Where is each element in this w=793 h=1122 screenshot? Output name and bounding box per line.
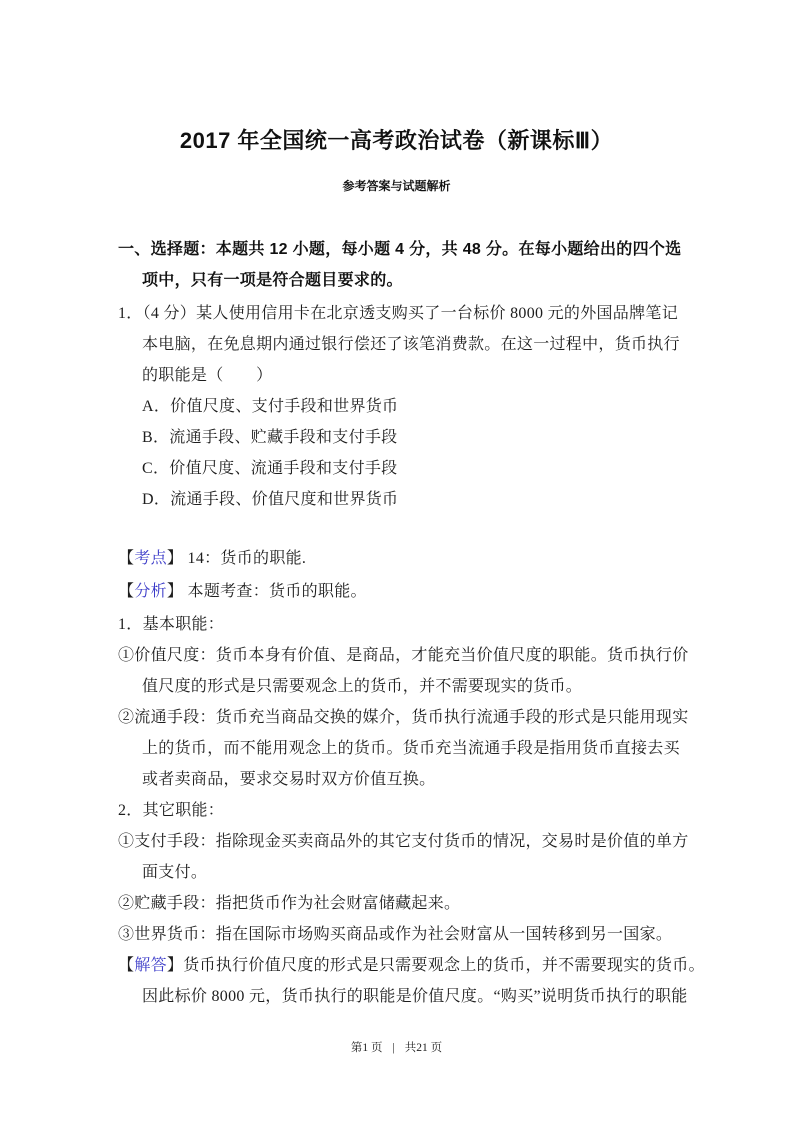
jieda-bracket-close: 】: [167, 957, 183, 974]
footer-total-pages: 共21 页: [405, 1042, 442, 1054]
document-page: 2017 年全国统一高考政治试卷（新课标Ⅲ） 参考答案与试题解析 一、选择题：本…: [0, 0, 793, 1122]
kaodian-bracket-close: 】: [167, 550, 183, 567]
page-title: 2017 年全国统一高考政治试卷（新课标Ⅲ）: [0, 0, 793, 156]
analysis-line: 面支付。: [118, 857, 703, 888]
fenxi-label: 分析: [134, 583, 167, 600]
kaodian-text: 14：货币的职能.: [183, 550, 306, 567]
analysis-line: ①价值尺度：货币本身有价值、是商品，才能充当价值尺度的职能。货币执行价: [118, 640, 703, 671]
fenxi-bracket-close: 】: [167, 583, 183, 600]
section-heading-line-2: 项中，只有一项是符合题目要求的。: [118, 265, 703, 296]
analysis-line: ③世界货币：指在国际市场购买商品或作为社会财富从一国转移到另一国家。: [118, 919, 703, 950]
option-d: D．流通手段、价值尺度和世界货币: [118, 484, 703, 515]
analysis-line: 1．基本职能：: [118, 609, 703, 640]
analysis-line: ①支付手段：指除现金买卖商品外的其它支付货币的情况，交易时是价值的单方: [118, 826, 703, 857]
analysis-line: ②贮藏手段：指把货币作为社会财富储藏起来。: [118, 888, 703, 919]
jieda-line-1: 【解答】货币执行价值尺度的形式是只需要观念上的货币，并不需要现实的货币。: [118, 950, 703, 981]
jieda-label: 解答: [134, 957, 167, 974]
analysis-line: 或者卖商品，要求交易时双方价值互换。: [118, 764, 703, 795]
kaodian-bracket-open: 【: [118, 550, 134, 567]
jieda-text: 货币执行价值尺度的形式是只需要观念上的货币，并不需要现实的货币。: [183, 957, 705, 974]
option-c: C．价值尺度、流通手段和支付手段: [118, 453, 703, 484]
fenxi-line: 【分析】 本题考查：货币的职能。: [118, 576, 703, 607]
footer-separator: |: [392, 1042, 394, 1054]
analysis-line: ②流通手段：货币充当商品交换的媒介，货币执行流通手段的形式是只能用现实: [118, 702, 703, 733]
question-1-line-1: 1．（4 分）某人使用信用卡在北京透支购买了一台标价 8000 元的外国品牌笔记: [118, 298, 703, 329]
option-a: A．价值尺度、支付手段和世界货币: [118, 391, 703, 422]
page-footer: 第1 页|共21 页: [0, 1040, 793, 1056]
kaodian-line: 【考点】 14：货币的职能.: [118, 543, 703, 574]
analysis-line: 上的货币，而不能用观念上的货币。货币充当流通手段是指用货币直接去买: [118, 733, 703, 764]
page-subtitle: 参考答案与试题解析: [0, 178, 793, 194]
fenxi-bracket-open: 【: [118, 583, 134, 600]
option-b: B．流通手段、贮藏手段和支付手段: [118, 422, 703, 453]
footer-page-number: 第1 页: [351, 1042, 383, 1054]
document-body: 一、选择题：本题共 12 小题，每小题 4 分，共 48 分。在每小题给出的四个…: [0, 234, 793, 1012]
question-1-line-3: 的职能是（ ）: [118, 360, 703, 391]
section-heading-line-1: 一、选择题：本题共 12 小题，每小题 4 分，共 48 分。在每小题给出的四个…: [118, 234, 703, 265]
analysis-line: 值尺度的形式是只需要观念上的货币，并不需要现实的货币。: [118, 671, 703, 702]
jieda-bracket-open: 【: [118, 957, 134, 974]
analysis-line: 2．其它职能：: [118, 795, 703, 826]
jieda-line-2: 因此标价 8000 元，货币执行的职能是价值尺度。“购买”说明货币执行的职能: [118, 981, 703, 1012]
question-1-line-2: 本电脑，在免息期内通过银行偿还了该笔消费款。在这一过程中，货币执行: [118, 329, 703, 360]
kaodian-label: 考点: [134, 550, 167, 567]
fenxi-text: 本题考查：货币的职能。: [183, 583, 367, 600]
